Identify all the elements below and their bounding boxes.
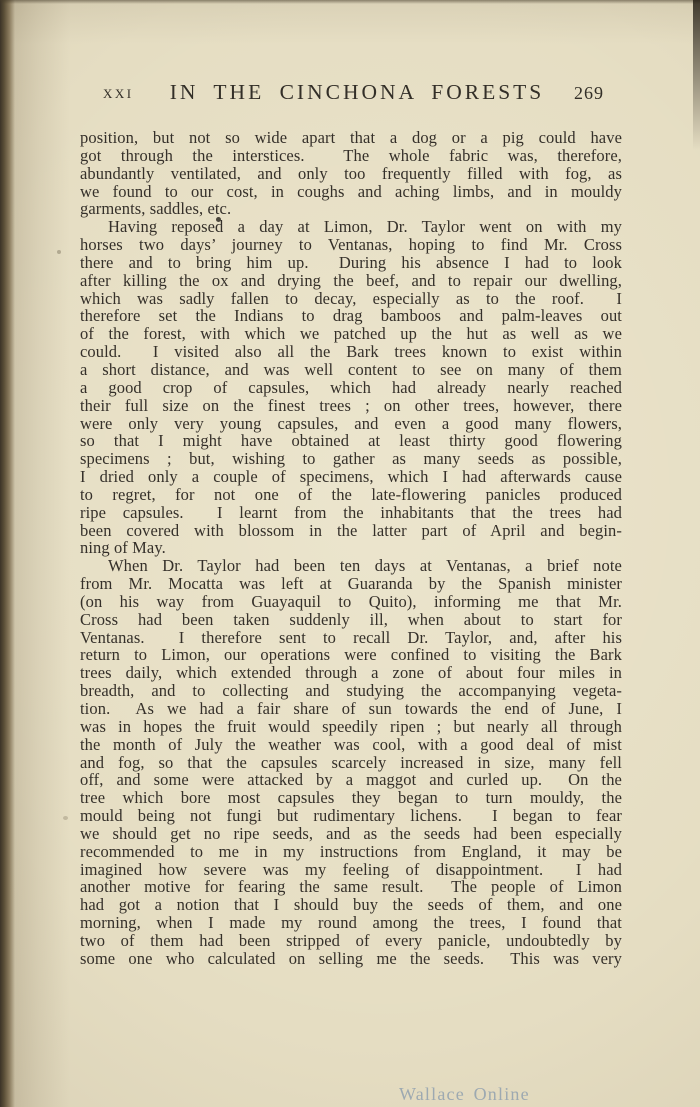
text-line: got through the interstices. The whole f… — [80, 147, 622, 165]
text-line: mould being not fungi but rudimentary li… — [80, 807, 622, 825]
text-line: (on his way from Guayaquil to Quito), in… — [80, 593, 622, 611]
text-line: Ventanas. I therefore sent to recall Dr.… — [80, 629, 622, 647]
text-line: were only very young capsules, and even … — [80, 415, 622, 433]
text-line: imagined how severe was my feeling of di… — [80, 861, 622, 879]
running-header: XXI IN THE CINCHONA FORESTS 269 — [80, 81, 622, 105]
paper-speck — [63, 816, 68, 820]
text-line: trees daily, which extended through a zo… — [80, 664, 622, 682]
text-line: position, but not so wide apart that a d… — [80, 129, 622, 147]
page-number: 269 — [574, 83, 604, 104]
text-line: to regret, for not one of the late-flowe… — [80, 486, 622, 504]
text-line: the month of July the weather was cool, … — [80, 736, 622, 754]
text-line: had got a notion that I should buy the s… — [80, 896, 622, 914]
text-line: morning, when I made my round among the … — [80, 914, 622, 932]
text-line: we should get no ripe seeds, and as the … — [80, 825, 622, 843]
text-line: some one who calculated on selling me th… — [80, 950, 622, 968]
text-line: abundantly ventilated, and only too freq… — [80, 165, 622, 183]
text-line: been covered with blossom in the latter … — [80, 522, 622, 540]
text-line: and fog, so that the capsules scarcely i… — [80, 754, 622, 772]
text-line: I dried only a couple of specimens, whic… — [80, 468, 622, 486]
book-page: XXI IN THE CINCHONA FORESTS 269 position… — [0, 0, 700, 1107]
text-line: Cross had been taken suddenly ill, when … — [80, 611, 622, 629]
text-line: therefore set the Indians to drag bamboo… — [80, 307, 622, 325]
page-top-edge — [0, 0, 700, 4]
text-line: tree which bore most capsules they began… — [80, 789, 622, 807]
chapter-number: XXI — [103, 86, 134, 102]
text-line: ripe capsules. I learnt from the inhabit… — [80, 504, 622, 522]
text-line: which was sadly fallen to decay, especia… — [80, 290, 622, 308]
text-line: recommended to me in my instructions fro… — [80, 843, 622, 861]
text-line: so that I might have obtained at least t… — [80, 432, 622, 450]
text-line: another motive for fearing the same resu… — [80, 878, 622, 896]
text-block: position, but not so wide apart that a d… — [80, 129, 622, 968]
text-line: specimens ; but, wishing to gather as ma… — [80, 450, 622, 468]
page-gutter-shadow — [0, 0, 15, 1107]
text-line: horses two days’ journey to Ventanas, ho… — [80, 236, 622, 254]
paper-speck — [57, 250, 61, 254]
text-line: of the forest, with which we patched up … — [80, 325, 622, 343]
page-title: IN THE CINCHONA FORESTS — [170, 80, 545, 105]
page-right-edge-shadow — [693, 0, 700, 150]
text-line: return to Limon, our operations were con… — [80, 646, 622, 664]
text-line: after killing the ox and drying the beef… — [80, 272, 622, 290]
text-line: their full size on the finest trees ; on… — [80, 397, 622, 415]
text-line: a short distance, and was well content t… — [80, 361, 622, 379]
text-line: there and to bring him up. During his ab… — [80, 254, 622, 272]
ink-spot — [216, 217, 221, 222]
text-line: off, and some were attacked by a maggot … — [80, 771, 622, 789]
text-line: was in hopes the fruit would speedily ri… — [80, 718, 622, 736]
text-line: a good crop of capsules, which had alrea… — [80, 379, 622, 397]
text-line: tion. As we had a fair share of sun towa… — [80, 700, 622, 718]
text-line: from Mr. Mocatta was left at Guaranda by… — [80, 575, 622, 593]
text-line: garments, saddles, etc. — [80, 200, 622, 218]
text-line: breadth, and to collecting and studying … — [80, 682, 622, 700]
text-line: ning of May. — [80, 539, 622, 557]
text-line: Having reposed a day at Limon, Dr. Taylo… — [80, 218, 622, 236]
text-line: two of them had been stripped of every p… — [80, 932, 622, 950]
text-line: could. I visited also all the Bark trees… — [80, 343, 622, 361]
watermark: Wallace Online — [399, 1084, 530, 1105]
text-line: When Dr. Taylor had been ten days at Ven… — [80, 557, 622, 575]
text-line: we found to our cost, in coughs and achi… — [80, 183, 622, 201]
